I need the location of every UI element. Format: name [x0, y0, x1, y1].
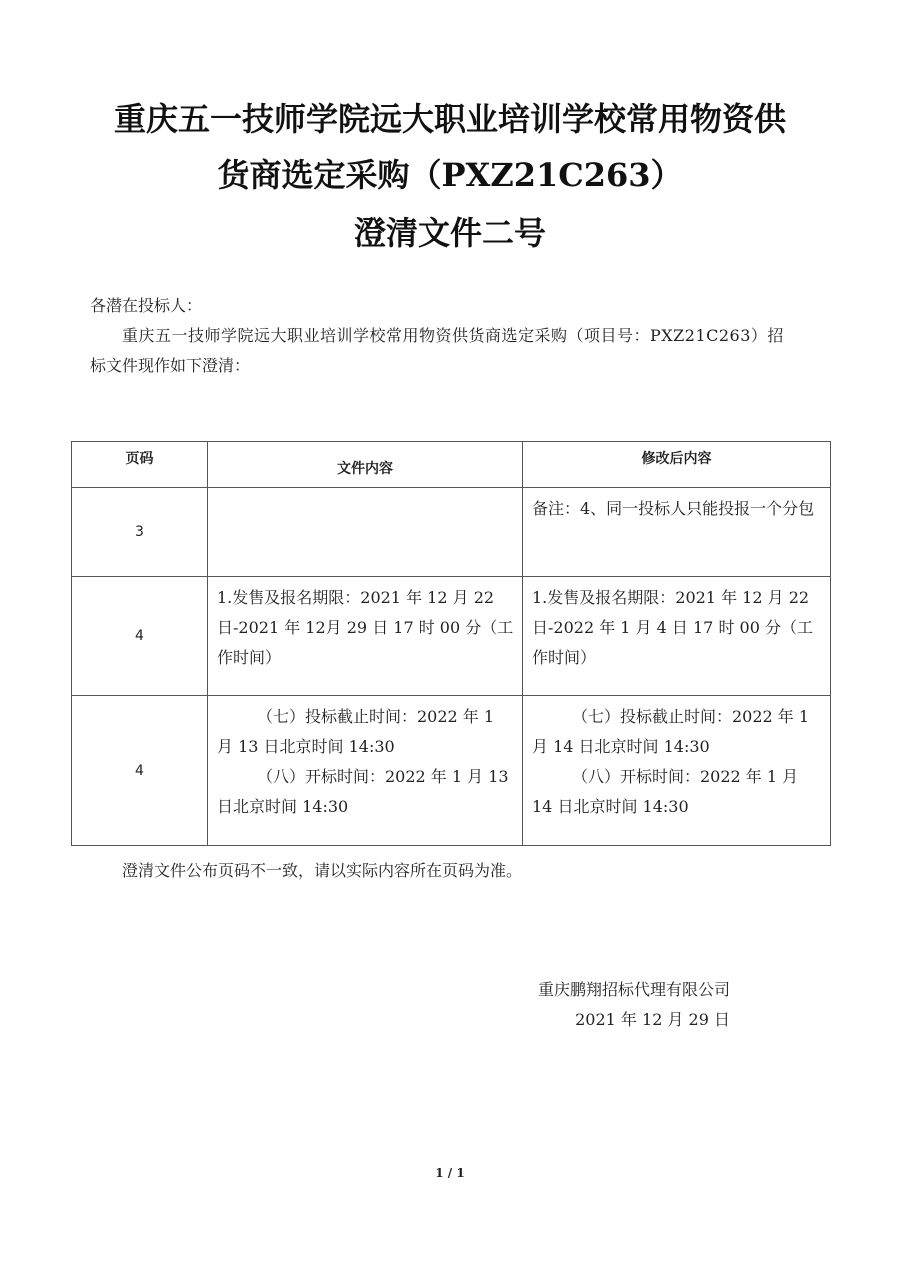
table-row: 3 备注：4、同一投标人只能投报一个分包: [72, 488, 831, 577]
row-page-number: 3: [72, 488, 208, 577]
revised-bid-opening: （八）开标时间：2022 年 1 月 14 日北京时间 14:30: [532, 762, 822, 822]
issuer-company: 重庆鹏翔招标代理有限公司: [538, 977, 730, 1000]
table-header-row: 页码 文件内容 修改后内容: [72, 442, 831, 488]
document-title-line-1: 重庆五一技师学院远大职业培训学校常用物资供: [0, 94, 900, 140]
revised-bid-deadline: （七）投标截止时间：2022 年 1 月 14 日北京时间 14:30: [532, 702, 822, 762]
row-original-content: [208, 488, 523, 577]
clarification-table: 页码 文件内容 修改后内容 3 备注：4、同一投标人只能投报一个分包 4 1.发…: [71, 441, 831, 846]
original-bid-opening: （八）开标时间：2022 年 1 月 13 日北京时间 14:30: [217, 762, 514, 822]
page-number: 1 / 1: [0, 1166, 900, 1180]
table-row: 4 1.发售及报名期限：2021 年 12 月 22 日-2021 年 12月 …: [72, 577, 831, 696]
intro-paragraph-line-2: 标文件现作如下澄清：: [90, 353, 250, 376]
header-revised-content: 修改后内容: [523, 442, 831, 488]
row-revised-content: 备注：4、同一投标人只能投报一个分包: [523, 488, 831, 577]
row-revised-content: （七）投标截止时间：2022 年 1 月 14 日北京时间 14:30 （八）开…: [523, 696, 831, 846]
row-original-content: （七）投标截止时间：2022 年 1 月 13 日北京时间 14:30 （八）开…: [208, 696, 523, 846]
row-page-number: 4: [72, 696, 208, 846]
row-page-number: 4: [72, 577, 208, 696]
table-row: 4 （七）投标截止时间：2022 年 1 月 13 日北京时间 14:30 （八…: [72, 696, 831, 846]
original-bid-deadline: （七）投标截止时间：2022 年 1 月 13 日北京时间 14:30: [217, 702, 514, 762]
document-title-line-2: 货商选定采购（PXZ21C263）: [0, 150, 900, 196]
row-revised-content: 1.发售及报名期限：2021 年 12 月 22 日-2022 年 1 月 4 …: [523, 577, 831, 696]
row-original-content: 1.发售及报名期限：2021 年 12 月 22 日-2021 年 12月 29…: [208, 577, 523, 696]
salutation: 各潜在投标人：: [90, 293, 202, 316]
document-subtitle: 澄清文件二号: [0, 208, 900, 254]
intro-paragraph-line-1: 重庆五一技师学院远大职业培训学校常用物资供货商选定采购（项目号：PXZ21C26…: [122, 323, 784, 346]
issue-date: 2021 年 12 月 29 日: [575, 1007, 730, 1030]
header-page: 页码: [72, 442, 208, 488]
header-original-content: 文件内容: [208, 442, 523, 488]
page-number-note: 澄清文件公布页码不一致，请以实际内容所在页码为准。: [122, 858, 522, 881]
